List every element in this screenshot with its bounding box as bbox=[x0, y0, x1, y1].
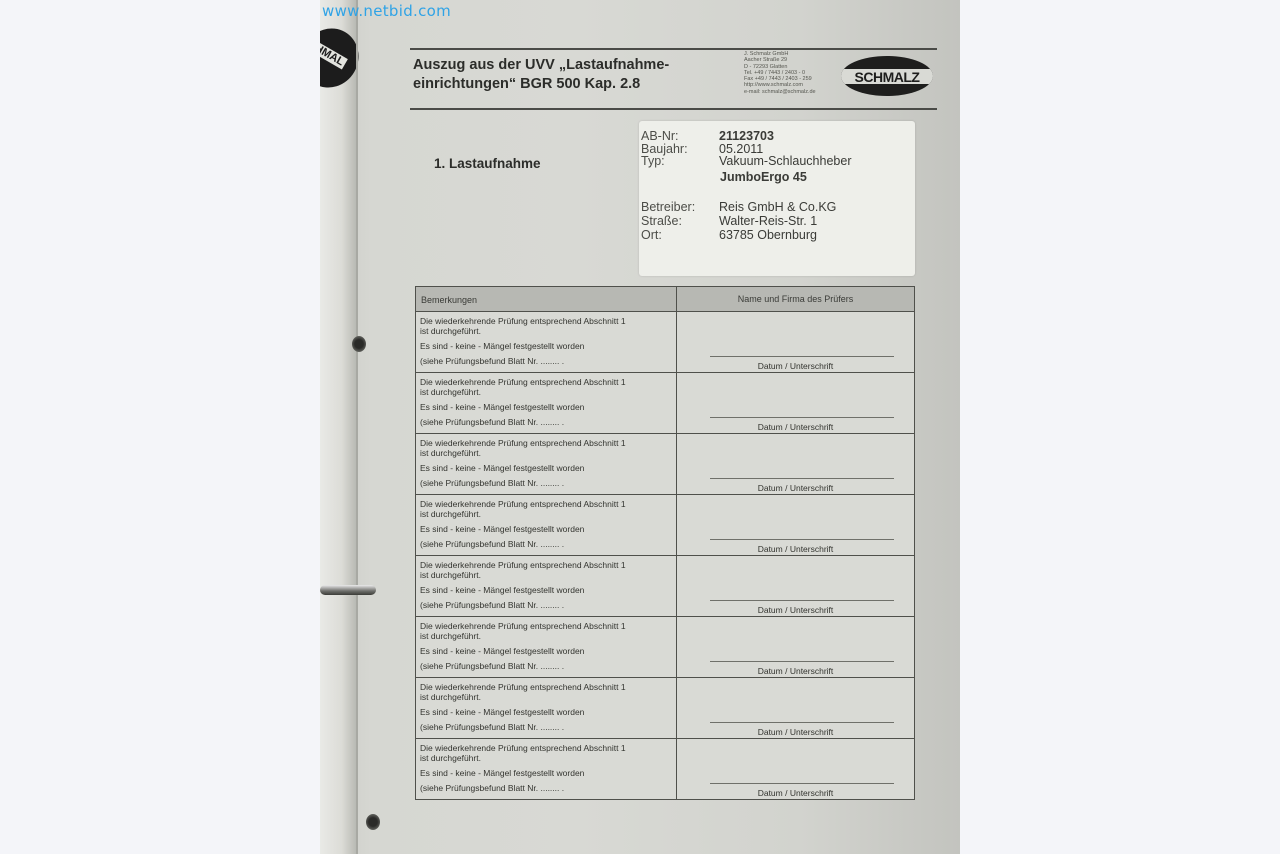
label-key-betreiber: Betreiber: bbox=[641, 201, 695, 214]
document-title-line1: Auszug aus der UVV „Lastaufnahme- bbox=[413, 56, 713, 75]
remark-line: ist durchgeführt. bbox=[420, 387, 676, 397]
remark-line: Es sind - keine - Mängel festgestellt wo… bbox=[420, 768, 676, 778]
header-rule-bottom bbox=[410, 108, 937, 110]
remark-line: ist durchgeführt. bbox=[420, 570, 676, 580]
watermark: www.netbid.com bbox=[322, 2, 451, 20]
table-row: Die wiederkehrende Prüfung entsprechend … bbox=[416, 495, 914, 556]
header-rule-top bbox=[410, 48, 937, 50]
inspection-table: Bemerkungen Name und Firma des Prüfers D… bbox=[415, 286, 915, 800]
remarks-cell: Die wiederkehrende Prüfung entsprechend … bbox=[416, 556, 677, 616]
signature-line bbox=[710, 600, 894, 601]
binder-logo-text: HMAL bbox=[320, 41, 348, 69]
remarks-cell: Die wiederkehrende Prüfung entsprechend … bbox=[416, 495, 677, 555]
remark-line: (siehe Prüfungsbefund Blatt Nr. ........… bbox=[420, 539, 676, 549]
table-body: Die wiederkehrende Prüfung entsprechend … bbox=[416, 312, 914, 799]
signature-label: Datum / Unterschrift bbox=[677, 483, 914, 493]
table-row: Die wiederkehrende Prüfung entsprechend … bbox=[416, 556, 914, 617]
document-title-line2: einrichtungen“ BGR 500 Kap. 2.8 bbox=[413, 75, 713, 94]
remark-line: (siehe Prüfungsbefund Blatt Nr. ........… bbox=[420, 722, 676, 732]
signature-label: Datum / Unterschrift bbox=[677, 544, 914, 554]
signature-line bbox=[710, 417, 894, 418]
remarks-cell: Die wiederkehrende Prüfung entsprechend … bbox=[416, 678, 677, 738]
document-photo: HMAL Auszug aus der UVV „Lastaufnahme- e… bbox=[320, 0, 960, 854]
table-row: Die wiederkehrende Prüfung entsprechend … bbox=[416, 617, 914, 678]
signature-line bbox=[710, 783, 894, 784]
signature-label: Datum / Unterschrift bbox=[677, 422, 914, 432]
remark-line: (siehe Prüfungsbefund Blatt Nr. ........… bbox=[420, 661, 676, 671]
type-plate-label: AB-Nr: 21123703 Baujahr: 05.2011 Typ: Va… bbox=[639, 121, 915, 276]
remarks-cell: Die wiederkehrende Prüfung entsprechend … bbox=[416, 739, 677, 799]
remark-line: Es sind - keine - Mängel festgestellt wo… bbox=[420, 402, 676, 412]
signature-cell[interactable]: Datum / Unterschrift bbox=[677, 556, 914, 616]
remark-line: ist durchgeführt. bbox=[420, 631, 676, 641]
remark-line: Die wiederkehrende Prüfung entsprechend … bbox=[420, 621, 676, 631]
remark-line: ist durchgeführt. bbox=[420, 448, 676, 458]
signature-cell[interactable]: Datum / Unterschrift bbox=[677, 434, 914, 494]
company-address: J. Schmalz GmbH Aacher Straße 29 D - 722… bbox=[744, 51, 816, 95]
remarks-cell: Die wiederkehrende Prüfung entsprechend … bbox=[416, 373, 677, 433]
remark-line: (siehe Prüfungsbefund Blatt Nr. ........… bbox=[420, 600, 676, 610]
remark-line: ist durchgeführt. bbox=[420, 509, 676, 519]
signature-cell[interactable]: Datum / Unterschrift bbox=[677, 495, 914, 555]
signature-cell[interactable]: Datum / Unterschrift bbox=[677, 739, 914, 799]
table-row: Die wiederkehrende Prüfung entsprechend … bbox=[416, 373, 914, 434]
label-value-model: JumboErgo 45 bbox=[720, 171, 807, 184]
label-key-strasse: Straße: bbox=[641, 215, 682, 228]
remark-line: Die wiederkehrende Prüfung entsprechend … bbox=[420, 560, 676, 570]
remark-line: ist durchgeführt. bbox=[420, 692, 676, 702]
table-row: Die wiederkehrende Prüfung entsprechend … bbox=[416, 739, 914, 799]
schmalz-logo: SCHMALZ bbox=[841, 56, 933, 96]
remark-line: (siehe Prüfungsbefund Blatt Nr. ........… bbox=[420, 478, 676, 488]
remark-line: Es sind - keine - Mängel festgestellt wo… bbox=[420, 524, 676, 534]
binder-ring-icon bbox=[320, 585, 376, 595]
table-row: Die wiederkehrende Prüfung entsprechend … bbox=[416, 312, 914, 373]
header-remarks: Bemerkungen bbox=[416, 287, 677, 311]
signature-label: Datum / Unterschrift bbox=[677, 605, 914, 615]
signature-label: Datum / Unterschrift bbox=[677, 788, 914, 798]
remark-line: Es sind - keine - Mängel festgestellt wo… bbox=[420, 707, 676, 717]
page-edge-line bbox=[356, 0, 358, 854]
signature-cell[interactable]: Datum / Unterschrift bbox=[677, 617, 914, 677]
punch-hole-icon bbox=[366, 814, 380, 830]
signature-line bbox=[710, 478, 894, 479]
remark-line: Es sind - keine - Mängel festgestellt wo… bbox=[420, 585, 676, 595]
label-value-typ: Vakuum-Schlauchheber bbox=[719, 155, 851, 168]
signature-line bbox=[710, 661, 894, 662]
remark-line: (siehe Prüfungsbefund Blatt Nr. ........… bbox=[420, 417, 676, 427]
signature-label: Datum / Unterschrift bbox=[677, 727, 914, 737]
remark-line: Die wiederkehrende Prüfung entsprechend … bbox=[420, 682, 676, 692]
remark-line: ist durchgeführt. bbox=[420, 753, 676, 763]
signature-label: Datum / Unterschrift bbox=[677, 666, 914, 676]
signature-label: Datum / Unterschrift bbox=[677, 361, 914, 371]
remark-line: Die wiederkehrende Prüfung entsprechend … bbox=[420, 377, 676, 387]
table-row: Die wiederkehrende Prüfung entsprechend … bbox=[416, 678, 914, 739]
signature-line bbox=[710, 722, 894, 723]
remarks-cell: Die wiederkehrende Prüfung entsprechend … bbox=[416, 434, 677, 494]
remarks-cell: Die wiederkehrende Prüfung entsprechend … bbox=[416, 617, 677, 677]
signature-cell[interactable]: Datum / Unterschrift bbox=[677, 678, 914, 738]
signature-line bbox=[710, 539, 894, 540]
header-inspector: Name und Firma des Prüfers bbox=[677, 287, 914, 311]
remark-line: Die wiederkehrende Prüfung entsprechend … bbox=[420, 743, 676, 753]
signature-cell[interactable]: Datum / Unterschrift bbox=[677, 373, 914, 433]
label-value-strasse: Walter-Reis-Str. 1 bbox=[719, 215, 817, 228]
section-title: 1. Lastaufnahme bbox=[434, 156, 541, 171]
binder-spine: HMAL bbox=[320, 0, 357, 854]
signature-line bbox=[710, 356, 894, 357]
remark-line: Es sind - keine - Mängel festgestellt wo… bbox=[420, 463, 676, 473]
label-key-ort: Ort: bbox=[641, 229, 662, 242]
remark-line: Es sind - keine - Mängel festgestellt wo… bbox=[420, 341, 676, 351]
label-value-betreiber: Reis GmbH & Co.KG bbox=[719, 201, 836, 214]
remark-line: Es sind - keine - Mängel festgestellt wo… bbox=[420, 646, 676, 656]
label-value-ort: 63785 Obernburg bbox=[719, 229, 817, 242]
punch-hole-icon bbox=[352, 336, 366, 352]
signature-cell[interactable]: Datum / Unterschrift bbox=[677, 312, 914, 372]
table-row: Die wiederkehrende Prüfung entsprechend … bbox=[416, 434, 914, 495]
remark-line: Die wiederkehrende Prüfung entsprechend … bbox=[420, 438, 676, 448]
remark-line: Die wiederkehrende Prüfung entsprechend … bbox=[420, 316, 676, 326]
table-header: Bemerkungen Name und Firma des Prüfers bbox=[416, 287, 914, 312]
remark-line: Die wiederkehrende Prüfung entsprechend … bbox=[420, 499, 676, 509]
remark-line: (siehe Prüfungsbefund Blatt Nr. ........… bbox=[420, 356, 676, 366]
schmalz-logo-text: SCHMALZ bbox=[841, 69, 933, 84]
remark-line: (siehe Prüfungsbefund Blatt Nr. ........… bbox=[420, 783, 676, 793]
label-key-typ: Typ: bbox=[641, 155, 665, 168]
remarks-cell: Die wiederkehrende Prüfung entsprechend … bbox=[416, 312, 677, 372]
document-title: Auszug aus der UVV „Lastaufnahme- einric… bbox=[413, 56, 713, 94]
binder-logo: HMAL bbox=[320, 18, 369, 98]
remark-line: ist durchgeführt. bbox=[420, 326, 676, 336]
